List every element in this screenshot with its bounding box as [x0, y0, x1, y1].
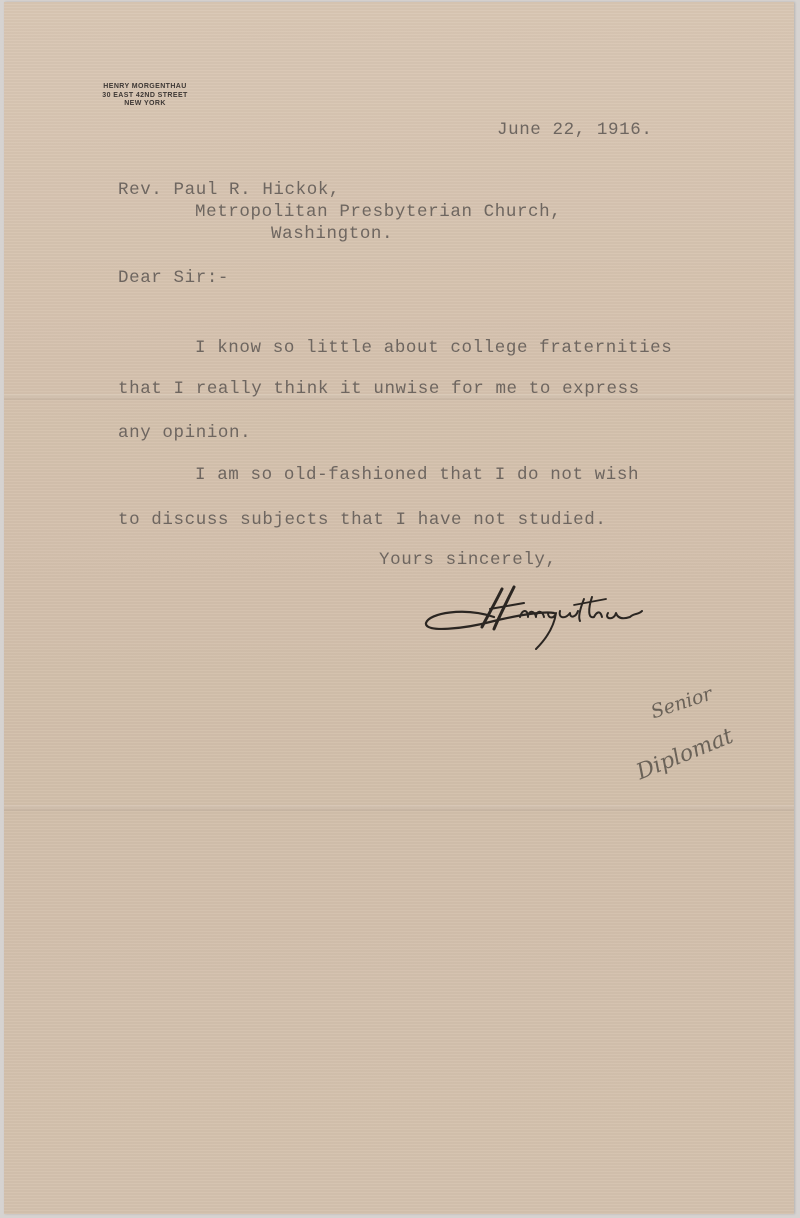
letterhead-address: 30 EAST 42ND STREET [80, 92, 210, 101]
body-line-5: to discuss subjects that I have not stud… [118, 510, 606, 530]
letter-date: June 22, 1916. [497, 120, 652, 140]
salutation: Dear Sir:- [118, 268, 229, 288]
letterhead-city: NEW YORK [80, 100, 210, 109]
signature [424, 577, 684, 657]
recipient-name: Rev. Paul R. Hickok, [118, 180, 340, 200]
body-line-2: that I really think it unwise for me to … [118, 379, 640, 399]
signature-icon [424, 577, 684, 657]
body-line-4: I am so old-fashioned that I do not wish [195, 465, 639, 485]
closing: Yours sincerely, [379, 550, 557, 570]
recipient-city: Washington. [271, 224, 393, 244]
fold-line [4, 805, 794, 811]
handwritten-note-line-1: Senior [648, 683, 715, 723]
recipient-organization: Metropolitan Presbyterian Church, [195, 202, 561, 222]
handwritten-note-line-2: Diplomat [633, 724, 737, 785]
letterhead-name: HENRY MORGENTHAU [80, 83, 210, 92]
letter-page: HENRY MORGENTHAU 30 EAST 42ND STREET NEW… [4, 2, 794, 1214]
body-line-3: any opinion. [118, 423, 251, 443]
letterhead: HENRY MORGENTHAU 30 EAST 42ND STREET NEW… [80, 83, 210, 109]
body-line-1: I know so little about college fraternit… [195, 338, 672, 358]
